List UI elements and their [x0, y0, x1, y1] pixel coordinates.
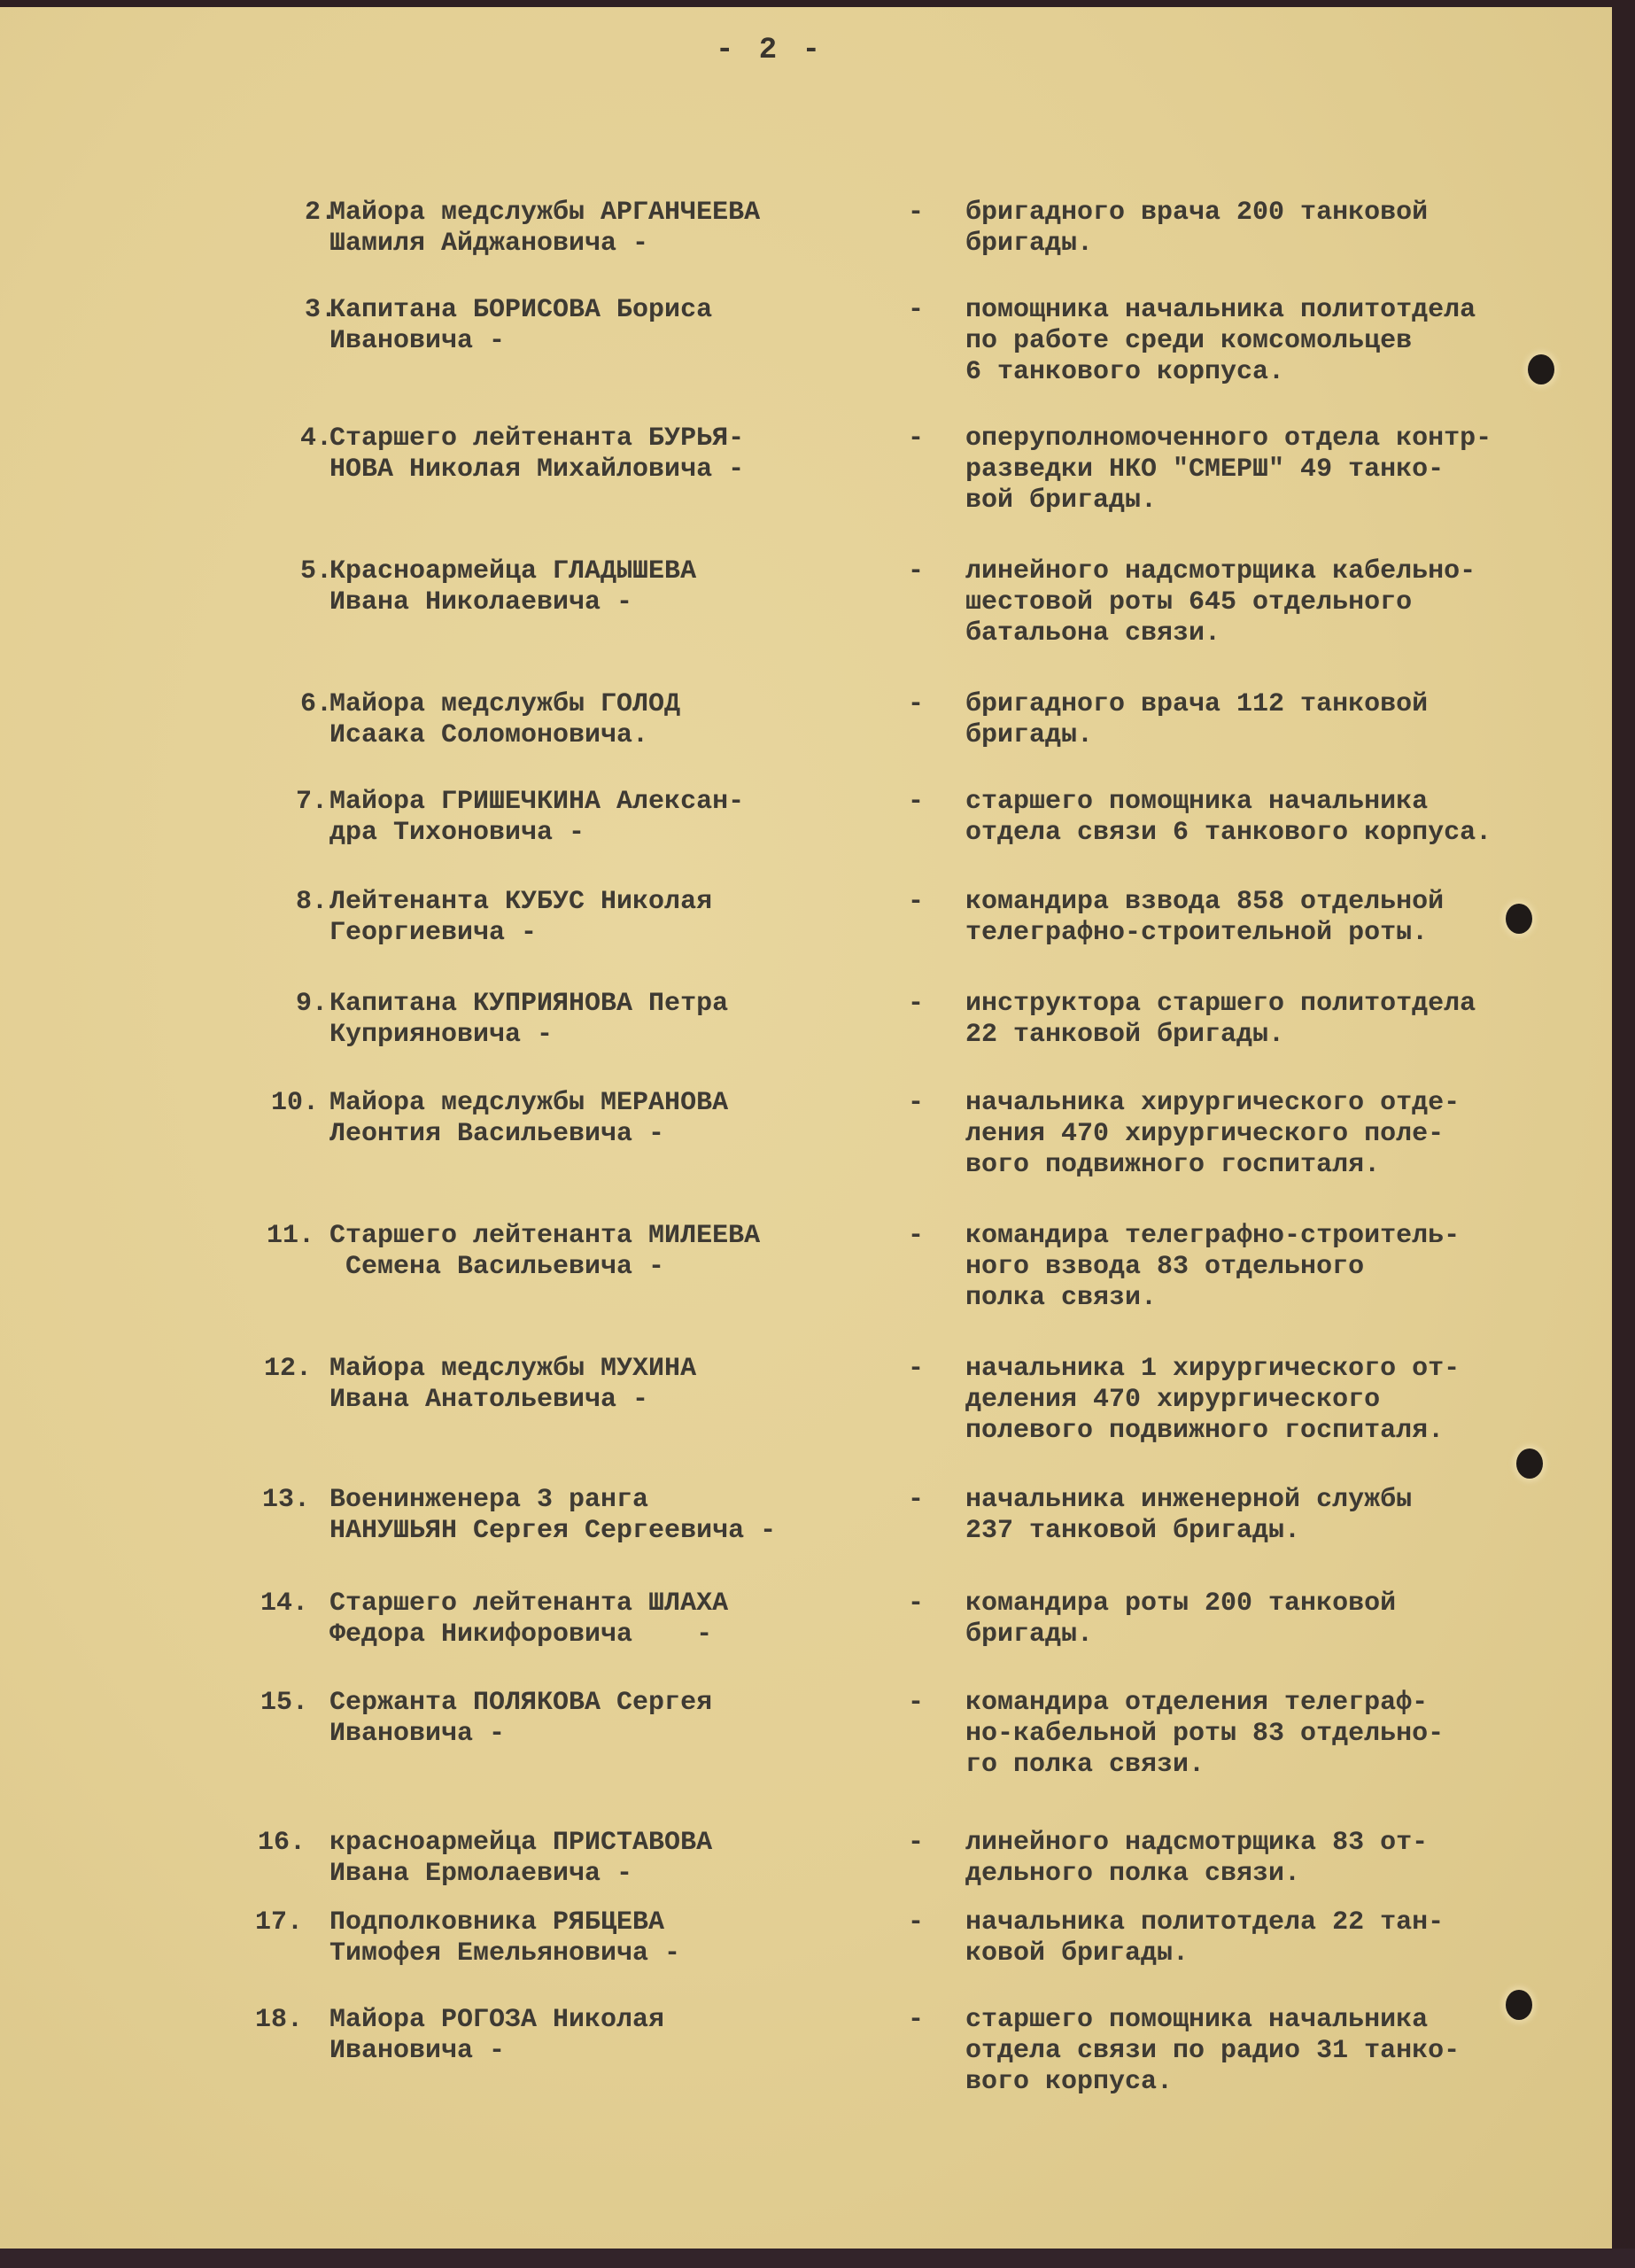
- entry-name: Майора медслужбы МУХИНА Ивана Анатольеви…: [329, 1354, 896, 1416]
- entry-dash: -: [908, 295, 924, 326]
- entry-number: 16.: [226, 1828, 306, 1859]
- entry-name: Капитана КУПРИЯНОВА Петра Куприяновича -: [329, 989, 896, 1051]
- entry-dash: -: [908, 1588, 924, 1619]
- entry-number: 3.: [257, 295, 337, 326]
- entry-position: командира отделения телеграф- но-кабельн…: [965, 1688, 1603, 1781]
- entry-number: 14.: [229, 1588, 308, 1619]
- entry-position: инструктора старшего политотдела 22 танк…: [965, 989, 1603, 1051]
- entry-name: Капитана БОРИСОВА Бориса Ивановича -: [329, 295, 896, 357]
- punch-hole: [1506, 1990, 1532, 2020]
- entry-dash: -: [908, 1688, 924, 1719]
- entry-position: бригадного врача 112 танковой бригады.: [965, 689, 1603, 751]
- entry-number: 15.: [229, 1688, 308, 1719]
- entry-name: Подполковника РЯБЦЕВА Тимофея Емельянови…: [329, 1907, 896, 1969]
- entry-position: старшего помощника начальника отдела свя…: [965, 787, 1603, 849]
- scan-border-right: [1612, 0, 1635, 2268]
- entry-name: Майора ГРИШЕЧКИНА Алексан- дра Тихонович…: [329, 787, 896, 849]
- entry-position: оперуполномоченного отдела контр- развед…: [965, 423, 1603, 517]
- entry-position: линейного надсмотрщика кабельно- шестово…: [965, 556, 1603, 649]
- entry-dash: -: [908, 1907, 924, 1938]
- entry-name: Красноармейца ГЛАДЫШЕВА Ивана Николаевич…: [329, 556, 896, 618]
- entry-dash: -: [908, 989, 924, 1020]
- entry-position: начальника политотдела 22 тан- ковой бри…: [965, 1907, 1603, 1969]
- entry-dash: -: [908, 198, 924, 229]
- entry-name: красноармейца ПРИСТАВОВА Ивана Ермолаеви…: [329, 1828, 896, 1890]
- entry-name: Лейтенанта КУБУС Николая Георгиевича -: [329, 887, 896, 949]
- entry-number: 5.: [252, 556, 332, 587]
- entry-name: Майора РОГОЗА Николая Ивановича -: [329, 2005, 896, 2067]
- entry-number: 11.: [235, 1221, 314, 1252]
- entry-position: командира телеграфно-строитель- ного взв…: [965, 1221, 1603, 1314]
- punch-hole: [1516, 1449, 1543, 1479]
- punch-hole: [1528, 354, 1554, 384]
- entry-number: 4.: [252, 423, 332, 454]
- entry-dash: -: [908, 556, 924, 587]
- entry-name: Старшего лейтенанта БУРЬЯ- НОВА Николая …: [329, 423, 896, 485]
- entry-dash: -: [908, 1354, 924, 1385]
- entry-number: 2.: [257, 198, 337, 229]
- entry-name: Сержанта ПОЛЯКОВА Сергея Ивановича -: [329, 1688, 896, 1750]
- page-number: - 2 -: [716, 34, 824, 67]
- entry-name: Майора медслужбы МЕРАНОВА Леонтия Василь…: [329, 1088, 896, 1150]
- entry-dash: -: [908, 1221, 924, 1252]
- entry-dash: -: [908, 887, 924, 918]
- entry-name: Старшего лейтенанта МИЛЕЕВА Семена Васил…: [329, 1221, 896, 1283]
- entry-dash: -: [908, 689, 924, 720]
- entry-name: Старшего лейтенанта ШЛАХА Федора Никифор…: [329, 1588, 896, 1651]
- entry-position: помощника начальника политотдела по рабо…: [965, 295, 1603, 388]
- entry-position: командира роты 200 танковой бригады.: [965, 1588, 1603, 1651]
- entry-dash: -: [908, 1485, 924, 1516]
- entry-dash: -: [908, 1088, 924, 1119]
- entry-number: 9.: [248, 989, 328, 1020]
- entry-position: бригадного врача 200 танковой бригады.: [965, 198, 1603, 260]
- entry-number: 6.: [252, 689, 332, 720]
- punch-hole: [1506, 904, 1532, 934]
- entry-dash: -: [908, 1828, 924, 1859]
- entry-number: 17.: [223, 1907, 303, 1938]
- scan-border-bottom: [0, 2249, 1635, 2268]
- entry-position: линейного надсмотрщика 83 от- дельного п…: [965, 1828, 1603, 1890]
- entry-name: Военинженера 3 ранга НАНУШЬЯН Сергея Сер…: [329, 1485, 896, 1547]
- entry-position: начальника инженерной службы 237 танково…: [965, 1485, 1603, 1547]
- entry-number: 13.: [230, 1485, 310, 1516]
- entry-dash: -: [908, 423, 924, 454]
- entry-name: Майора медслужбы ГОЛОД Исаака Соломонови…: [329, 689, 896, 751]
- entry-name: Майора медслужбы АРГАНЧЕЕВА Шамиля Айджа…: [329, 198, 896, 260]
- entry-dash: -: [908, 787, 924, 818]
- entry-number: 18.: [223, 2005, 303, 2036]
- entry-number: 10.: [239, 1088, 319, 1119]
- entry-number: 8.: [248, 887, 328, 918]
- entry-number: 12.: [232, 1354, 312, 1385]
- entry-position: старшего помощника начальника отдела свя…: [965, 2005, 1603, 2098]
- entry-position: начальника 1 хирургического от- деления …: [965, 1354, 1603, 1447]
- document-page: - 2 - 2. Майора медслужбы АРГАНЧЕЕВА Шам…: [0, 7, 1612, 2256]
- entry-position: начальника хирургического отде- ления 47…: [965, 1088, 1603, 1181]
- entry-dash: -: [908, 2005, 924, 2036]
- entry-number: 7.: [248, 787, 328, 818]
